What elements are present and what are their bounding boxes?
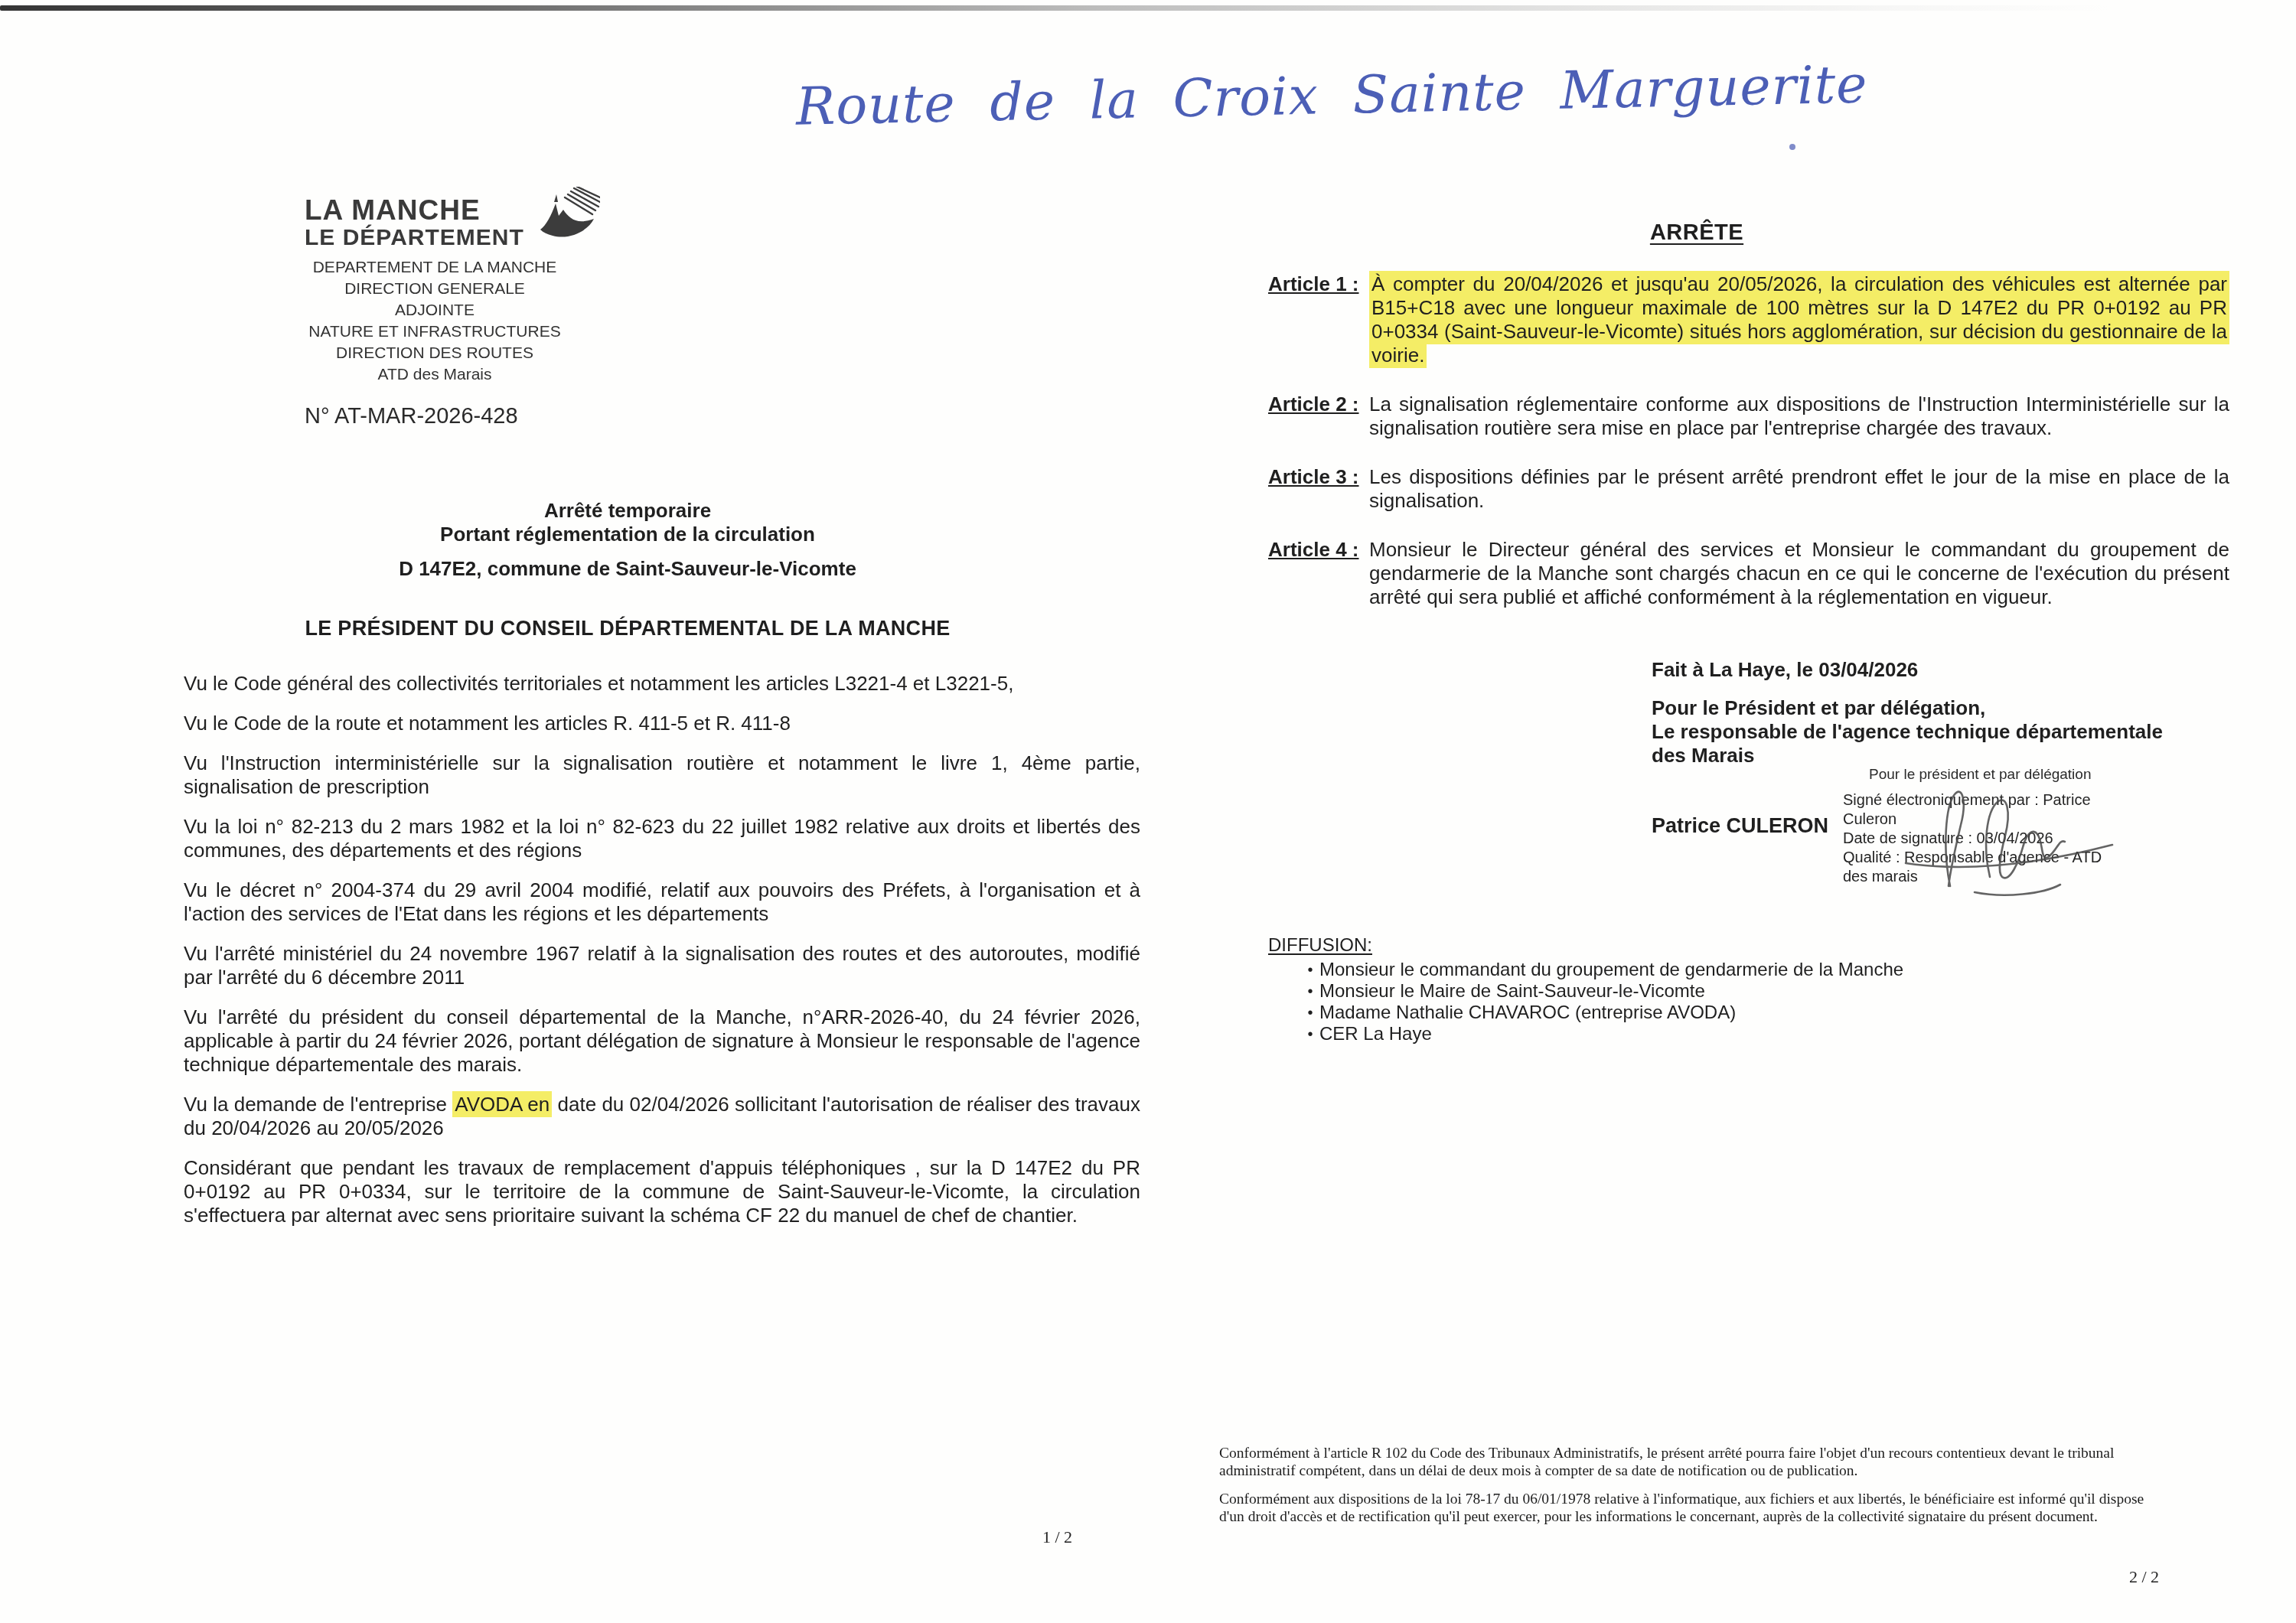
- dept-line: DEPARTEMENT DE LA MANCHE: [305, 257, 565, 279]
- article-1-highlight: À compter du 20/04/2026 et jusqu'au 20/0…: [1369, 271, 2229, 368]
- recital-paragraph: Vu l'arrêté du président du conseil dépa…: [184, 1005, 1140, 1077]
- recital-paragraph-demande: Vu la demande de l'entreprise AVODA en d…: [184, 1093, 1140, 1140]
- delegation-line: Pour le Président et par délégation,: [1652, 696, 2163, 720]
- page-number-2: 2 / 2: [2129, 1567, 2159, 1587]
- diffusion-item-text: Monsieur le commandant du groupement de …: [1319, 960, 1903, 981]
- recital-paragraph: Vu le Code de la route et notamment les …: [184, 712, 1140, 735]
- title-line-2: Portant réglementation de la circulation: [184, 523, 1071, 546]
- diffusion-item: •Monsieur le Maire de Saint-Sauveur-le-V…: [1301, 981, 1903, 1002]
- article-2: Article 2 : La signalisation réglementai…: [1268, 393, 2229, 440]
- legal-footnote-2: Conformément aux dispositions de la loi …: [1219, 1491, 2159, 1526]
- demande-pre: Vu la demande de l'entreprise: [184, 1093, 452, 1116]
- delegation-line: des Marais: [1652, 744, 2163, 768]
- article-1-text: À compter du 20/04/2026 et jusqu'au 20/0…: [1369, 272, 2229, 367]
- article-3: Article 3 : Les dispositions définies pa…: [1268, 465, 2229, 513]
- article-4-label: Article 4 :: [1268, 538, 1369, 609]
- article-1: Article 1 : À compter du 20/04/2026 et j…: [1268, 272, 2229, 367]
- dept-line: DIRECTION DES ROUTES: [305, 343, 565, 364]
- arrete-heading: ARRÊTE: [1268, 220, 2125, 246]
- department-letterhead: LA MANCHE LE DÉPARTEMENT: [305, 196, 588, 386]
- handwritten-signature: [1860, 771, 2151, 905]
- articles-list: Article 1 : À compter du 20/04/2026 et j…: [1268, 272, 2229, 634]
- diffusion-item: •Madame Nathalie CHAVAROC (entreprise AV…: [1301, 1002, 1903, 1024]
- article-1-label: Article 1 :: [1268, 272, 1369, 367]
- road-subtitle: D 147E2, commune de Saint-Sauveur-le-Vic…: [184, 557, 1071, 581]
- recital-paragraph: Vu la loi n° 82-213 du 2 mars 1982 et la…: [184, 815, 1140, 862]
- recital-paragraph: Vu le Code général des collectivités ter…: [184, 672, 1140, 696]
- bullet-icon: •: [1301, 1024, 1319, 1045]
- legal-footnote-1: Conformément à l'article R 102 du Code d…: [1219, 1445, 2159, 1480]
- delegation-line: Le responsable de l'agence technique dép…: [1652, 720, 2163, 744]
- title-line-1: Arrêté temporaire: [184, 499, 1071, 523]
- article-2-text: La signalisation réglementaire conforme …: [1369, 393, 2229, 440]
- recital-paragraph: Vu l'Instruction interministérielle sur …: [184, 751, 1140, 799]
- recital-paragraph: Vu le décret n° 2004-374 du 29 avril 200…: [184, 878, 1140, 926]
- scanned-document-spread: Route de la Croix Sainte Marguerite LA M…: [0, 0, 2296, 1623]
- dept-line: ATD des Marais: [305, 364, 565, 386]
- diffusion-item-text: Madame Nathalie CHAVAROC (entreprise AVO…: [1319, 1002, 1736, 1024]
- diffusion-list: •Monsieur le commandant du groupement de…: [1301, 960, 1903, 1045]
- mont-saint-michel-logo-icon: [534, 187, 600, 255]
- bullet-icon: •: [1301, 1002, 1319, 1024]
- document-title: Arrêté temporaire Portant réglementation…: [184, 499, 1071, 546]
- decree-reference-number: N° AT-MAR-2026-428: [305, 404, 518, 429]
- bullet-icon: •: [1301, 960, 1319, 981]
- dept-line: DIRECTION GENERALE ADJOINTE: [305, 279, 565, 321]
- signer-name: Patrice CULERON: [1652, 814, 1828, 838]
- diffusion-item-text: CER La Haye: [1319, 1024, 1432, 1045]
- diffusion-item: •Monsieur le commandant du groupement de…: [1301, 960, 1903, 981]
- ink-dot: [1789, 144, 1795, 150]
- dept-line: NATURE ET INFRASTRUCTURES: [305, 321, 565, 343]
- bullet-icon: •: [1301, 981, 1319, 1002]
- article-2-label: Article 2 :: [1268, 393, 1369, 440]
- diffusion-item-text: Monsieur le Maire de Saint-Sauveur-le-Vi…: [1319, 981, 1705, 1002]
- diffusion-heading: DIFFUSION:: [1268, 935, 1372, 957]
- considerant-paragraph: Considérant que pendant les travaux de r…: [184, 1156, 1140, 1227]
- delegation-block: Pour le Président et par délégation, Le …: [1652, 696, 2163, 768]
- diffusion-item: •CER La Haye: [1301, 1024, 1903, 1045]
- page-number-1: 1 / 2: [1042, 1527, 1072, 1547]
- article-3-text: Les dispositions définies par le présent…: [1369, 465, 2229, 513]
- legal-recitals: Vu le Code général des collectivités ter…: [184, 672, 1140, 1243]
- place-and-date: Fait à La Haye, le 03/04/2026: [1652, 658, 1918, 682]
- department-address-lines: DEPARTEMENT DE LA MANCHE DIRECTION GENER…: [305, 257, 565, 386]
- recital-paragraph: Vu l'arrêté ministériel du 24 novembre 1…: [184, 942, 1140, 989]
- highlighted-company-name: AVODA en: [452, 1091, 552, 1117]
- article-4-text: Monsieur le Directeur général des servic…: [1369, 538, 2229, 609]
- article-4: Article 4 : Monsieur le Directeur généra…: [1268, 538, 2229, 609]
- authority-heading: LE PRÉSIDENT DU CONSEIL DÉPARTEMENTAL DE…: [184, 617, 1071, 640]
- handwritten-road-name: Route de la Croix Sainte Marguerite: [795, 54, 1867, 137]
- scan-edge-artifact: [0, 5, 2296, 11]
- article-3-label: Article 3 :: [1268, 465, 1369, 513]
